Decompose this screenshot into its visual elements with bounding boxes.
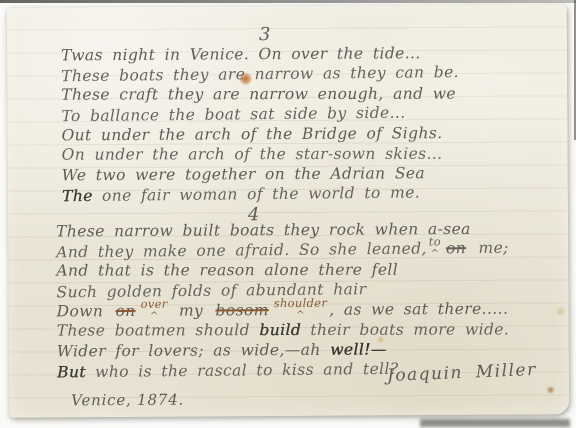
poem-text: well!— (330, 340, 387, 358)
dateline: Venice, 1874. (71, 391, 184, 410)
poem-line: These boatmen should build their boats m… (57, 319, 510, 340)
poem-text: These narrow built boats they rock when … (56, 220, 471, 241)
stanza-3-lines: Twas night in Venice. On over the tide..… (61, 43, 460, 205)
poem-text: one fair woman of the world to me. (93, 183, 421, 204)
poem-text: On under the arch of the star-sown skies… (62, 145, 443, 164)
poem-line: These craft they are narrow enough, and … (61, 84, 459, 105)
scan-background: { "colors": { "paper": "#ece8da", "ink":… (0, 0, 576, 428)
poem-text: And they make one afraid. So she leaned, (56, 240, 427, 262)
poem-text: Wider for lovers; as wide,—ah (57, 341, 330, 361)
poem-text: build (259, 321, 301, 339)
poem-text: my (170, 301, 213, 319)
poem-text: We two were together on the Adrian Sea (62, 164, 425, 184)
struck-word: on (446, 239, 466, 257)
poem-text: Twas night in Venice. On over the tide..… (61, 44, 421, 64)
poem-text: And that is the reason alone there fell (56, 261, 398, 280)
poem-line: The one fair woman of the world to me. (62, 182, 460, 206)
poem-text: These boatmen should (57, 321, 260, 340)
poem-line: These boats they are narrow as they can … (61, 62, 459, 86)
manuscript-page: 3 Twas night in Venice. On over the tide… (7, 4, 569, 417)
inserted-word: to (429, 231, 441, 251)
poem-text: me; (469, 239, 509, 257)
stanza-4-lines: These narrow built boats they rock when … (56, 219, 509, 382)
stanza-number-3: 3 (259, 24, 272, 45)
poem-line: Out under the arch of the Bridge of Sigh… (61, 123, 459, 145)
poem-text: Out under the arch of the Bridge of Sigh… (61, 124, 442, 144)
scan-edge-top (0, 0, 576, 3)
poem-text: who is the rascal to kiss and tell? (86, 360, 399, 381)
poem-text: These boats they are narrow as they can … (61, 63, 459, 85)
poem-text: their boats more wide. (301, 320, 509, 339)
poem-line: To ballance the boat sat side by side... (61, 102, 459, 126)
inserted-word: over (141, 294, 168, 314)
poem-text: The (62, 187, 93, 205)
struck-word: bosom (215, 301, 268, 319)
poem-text: These craft they are narrow enough, and … (61, 85, 456, 104)
poem-line: On under the arch of the star-sown skies… (62, 144, 460, 165)
foxing-stain (555, 306, 567, 316)
poem-text: Down (57, 302, 113, 320)
inserted-word: shoulder (274, 293, 328, 313)
struck-word: on (115, 302, 135, 320)
poem-text: , as we sat there..... (329, 300, 508, 319)
poem-line: Down onover my bosomshoulder, as we sat … (57, 299, 510, 322)
rust-stain (546, 385, 555, 394)
scan-edge-bottom (420, 419, 570, 427)
poem-text: To ballance the boat sat side by side... (61, 104, 405, 126)
poem-text: But (57, 363, 86, 381)
